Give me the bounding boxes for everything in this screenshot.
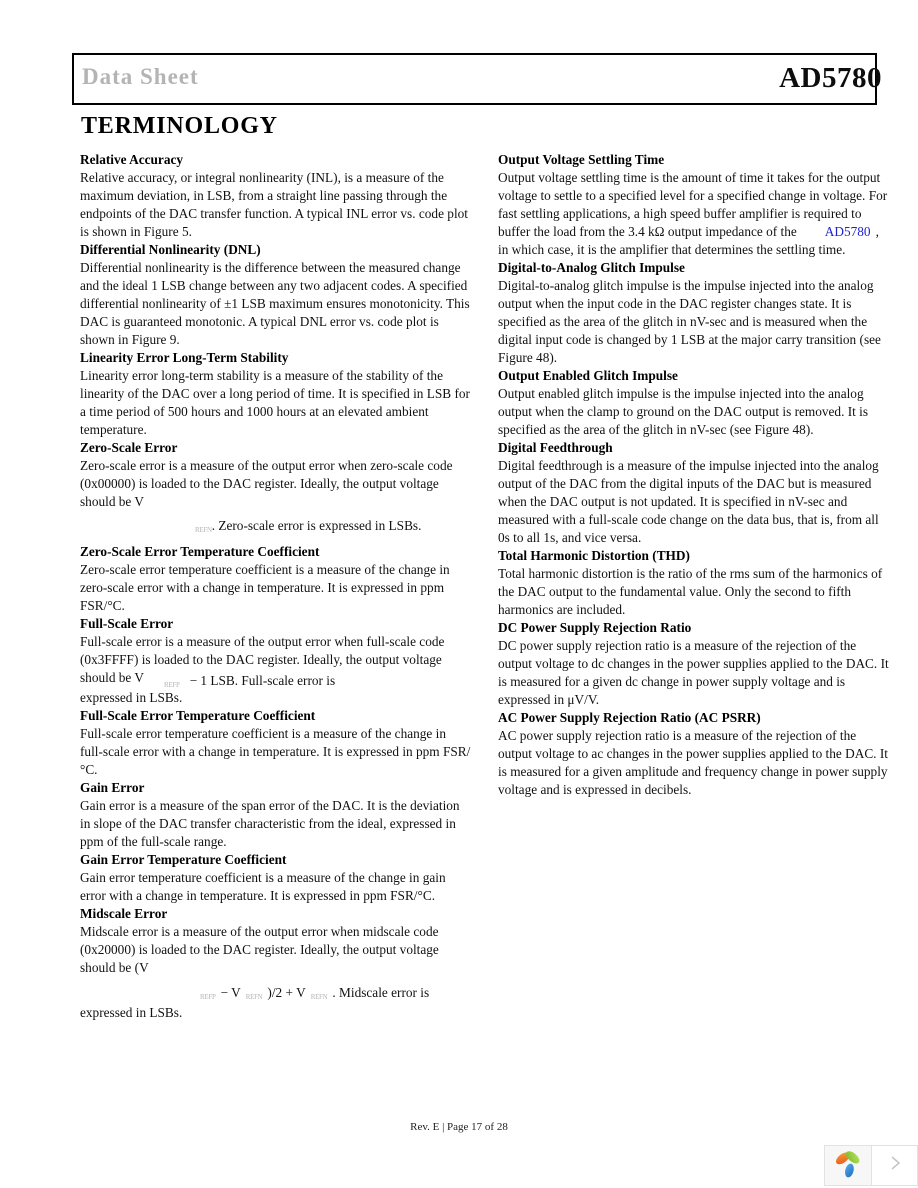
term-section-gain-error-tc: Gain Error Temperature Coefficient Gain …: [80, 851, 472, 905]
term-body: Full-scale error temperature coefficient…: [80, 725, 472, 779]
term-body: expressed in LSBs.: [80, 1004, 472, 1022]
term-body: Digital feedthrough is a measure of the …: [498, 457, 890, 547]
term-section-ac-psrr: AC Power Supply Rejection Ratio (AC PSRR…: [498, 709, 890, 799]
vref-subscript: REFP: [164, 681, 180, 689]
page-footer: Rev. E | Page 17 of 28: [0, 1121, 918, 1133]
term-body: Relative accuracy, or integral nonlinear…: [80, 169, 472, 241]
formula-tail: . Zero-scale error is expressed in LSBs.: [212, 518, 422, 533]
doc-type-label: Data Sheet: [82, 64, 199, 90]
term-body: Total harmonic distortion is the ratio o…: [498, 565, 890, 619]
term-body: expressed in LSBs.: [80, 689, 472, 707]
term-section-gain-error: Gain Error Gain error is a measure of th…: [80, 779, 472, 851]
term-heading: Digital-to-Analog Glitch Impulse: [498, 259, 890, 277]
term-heading: Zero-Scale Error Temperature Coefficient: [80, 543, 472, 561]
formula-tail: − 1 LSB. Full-scale error is: [190, 673, 336, 688]
term-section-linearity-stability: Linearity Error Long-Term Stability Line…: [80, 349, 472, 439]
term-heading: Gain Error Temperature Coefficient: [80, 851, 472, 869]
formula-text: )/2 + V: [267, 985, 305, 1000]
vref-subscript: REFN: [311, 993, 328, 1001]
page-title: TERMINOLOGY: [81, 113, 278, 140]
term-body: Output voltage settling time is the amou…: [498, 169, 890, 259]
term-body: Linearity error long-term stability is a…: [80, 367, 472, 439]
term-section-midscale-error: Midscale Error Midscale error is a measu…: [80, 905, 472, 1022]
term-section-digital-feedthrough: Digital Feedthrough Digital feedthrough …: [498, 439, 890, 547]
term-body: Differential nonlinearity is the differe…: [80, 259, 472, 349]
term-heading: Output Voltage Settling Time: [498, 151, 890, 169]
next-page-button[interactable]: [871, 1145, 918, 1186]
part-number: AD5780: [779, 62, 882, 95]
term-heading: Gain Error: [80, 779, 472, 797]
term-section-full-scale-error: Full-Scale Error Full-scale error is a m…: [80, 615, 472, 707]
term-section-output-enabled-glitch: Output Enabled Glitch Impulse Output ena…: [498, 367, 890, 439]
term-heading: Total Harmonic Distortion (THD): [498, 547, 890, 565]
term-body: Gain error temperature coefficient is a …: [80, 869, 472, 905]
zero-scale-formula: REFN. Zero-scale error is expressed in L…: [195, 517, 472, 537]
term-heading: Full-Scale Error: [80, 615, 472, 633]
term-section-full-scale-tc: Full-Scale Error Temperature Coefficient…: [80, 707, 472, 779]
term-section-zero-scale-tc: Zero-Scale Error Temperature Coefficient…: [80, 543, 472, 615]
term-heading: DC Power Supply Rejection Ratio: [498, 619, 890, 637]
term-body: Gain error is a measure of the span erro…: [80, 797, 472, 851]
term-section-dc-psrr: DC Power Supply Rejection Ratio DC power…: [498, 619, 890, 709]
term-heading: Midscale Error: [80, 905, 472, 923]
term-heading: Relative Accuracy: [80, 151, 472, 169]
ad5780-link[interactable]: AD5780: [825, 224, 871, 239]
term-section-thd: Total Harmonic Distortion (THD) Total ha…: [498, 547, 890, 619]
term-body: DC power supply rejection ratio is a mea…: [498, 637, 890, 709]
term-body: Midscale error is a measure of the outpu…: [80, 923, 472, 977]
formula-inline: REFP− 1 LSB. Full-scale error is: [164, 673, 335, 688]
viewer-controls: [824, 1145, 918, 1186]
datasheet-page: Data Sheet AD5780 TERMINOLOGY Relative A…: [0, 0, 918, 1188]
term-section-da-glitch: Digital-to-Analog Glitch Impulse Digital…: [498, 259, 890, 367]
vref-subscript: REFP: [200, 993, 216, 1001]
term-section-settling-time: Output Voltage Settling Time Output volt…: [498, 151, 890, 259]
page-header: Data Sheet AD5780: [72, 53, 877, 105]
viewer-logo-button[interactable]: [824, 1145, 871, 1186]
term-body: AC power supply rejection ratio is a mea…: [498, 727, 890, 799]
right-column: Output Voltage Settling Time Output volt…: [498, 151, 890, 799]
viewer-logo-icon: [833, 1148, 863, 1183]
term-heading: AC Power Supply Rejection Ratio (AC PSRR…: [498, 709, 890, 727]
term-section-relative-accuracy: Relative Accuracy Relative accuracy, or …: [80, 151, 472, 241]
term-heading: Linearity Error Long-Term Stability: [80, 349, 472, 367]
term-heading: Differential Nonlinearity (DNL): [80, 241, 472, 259]
term-heading: Zero-Scale Error: [80, 439, 472, 457]
term-body: Full-scale error is a measure of the out…: [80, 633, 472, 689]
vref-subscript: REFN: [246, 993, 263, 1001]
term-section-zero-scale-error: Zero-Scale Error Zero-scale error is a m…: [80, 439, 472, 537]
formula-text: − V: [221, 985, 241, 1000]
term-body: Digital-to-analog glitch impulse is the …: [498, 277, 890, 367]
formula-tail: . Midscale error is: [332, 985, 429, 1000]
term-body: Zero-scale error is a measure of the out…: [80, 457, 472, 511]
left-column: Relative Accuracy Relative accuracy, or …: [80, 151, 472, 1022]
vref-subscript: REFN: [195, 526, 212, 534]
term-body: Zero-scale error temperature coefficient…: [80, 561, 472, 615]
chevron-right-icon: [889, 1155, 901, 1176]
term-heading: Digital Feedthrough: [498, 439, 890, 457]
term-body: Output enabled glitch impulse is the imp…: [498, 385, 890, 439]
term-heading: Full-Scale Error Temperature Coefficient: [80, 707, 472, 725]
term-section-dnl: Differential Nonlinearity (DNL) Differen…: [80, 241, 472, 349]
midscale-formula: REFP− VREFN)/2 + VREFN. Midscale error i…: [200, 984, 472, 1004]
term-heading: Output Enabled Glitch Impulse: [498, 367, 890, 385]
